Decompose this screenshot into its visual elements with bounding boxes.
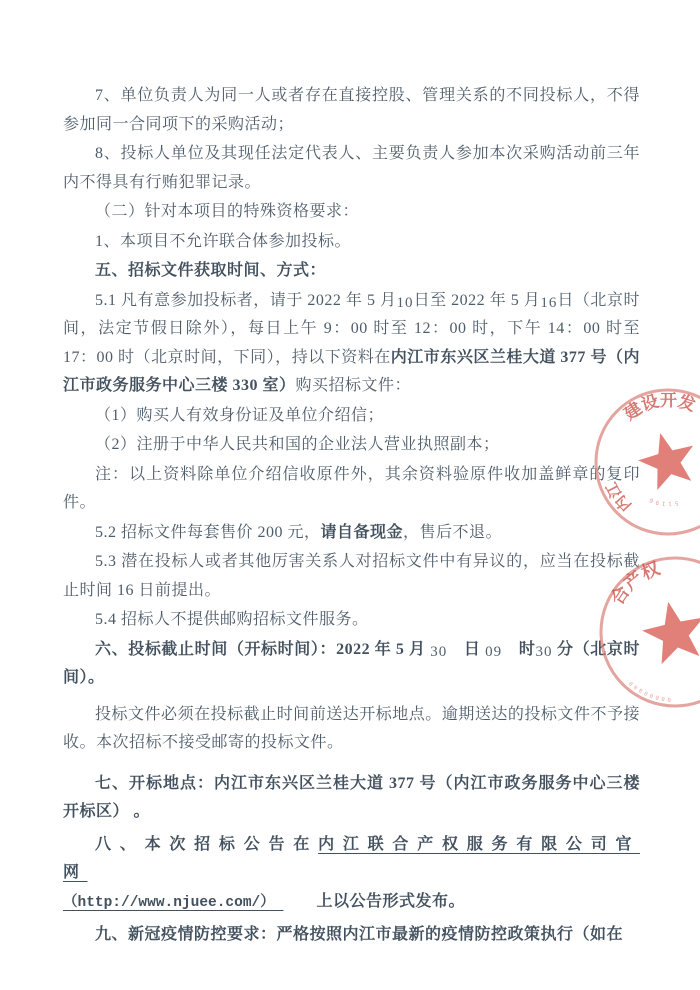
star-icon (637, 595, 700, 666)
seal-serial-number: 51190 (646, 495, 679, 507)
text-run: （1）购买人有效身份证及单位介绍信； (95, 407, 384, 424)
text-run: 六、投标截止时间（开标时间）：2022 年 5 月 (95, 641, 430, 658)
text-run: 10 (397, 295, 414, 311)
clause-7: 7、单位负责人为同一人或者存在直接控股、管理关系的不同投标人，不得参加同一合同项… (63, 82, 640, 139)
star-icon (633, 426, 700, 493)
delivery-note: 投标文件必须在投标截止时间前送达开标地点。逾期送达的投标文件不予接收。本次招标不… (63, 701, 640, 758)
clause-1: 1、本项目不允许联合体参加投标。 (63, 228, 640, 257)
text-run: 5.1 凡有意参加投标者，请于 2022 年 5 月 (95, 292, 397, 309)
text-run: 五、招标文件获取时间、方式： (95, 262, 326, 279)
clause-5-2: 5.2 招标文件每套售价 200 元，请自备现金，售后不退。 (63, 519, 640, 548)
special-qualification-heading: （二）针对本项目的特殊资格要求： (63, 198, 640, 227)
text-run: 5.4 招标人不提供邮购招标文件服务。 (95, 611, 369, 628)
construction-company-seal-stamp: 建设开发 内江 51190 (592, 386, 700, 538)
clause-5-4: 5.4 招标人不提供邮购招标文件服务。 (63, 606, 640, 635)
document-body: 7、单位负责人为同一人或者存在直接控股、管理关系的不同投标人，不得参加同一合同项… (63, 82, 640, 951)
seal-arc-text-top: 合产权 (606, 557, 664, 609)
text-run: 30 (535, 644, 552, 660)
text-run: 七、开标地点：内江市东兴区兰桂大道 377 号（内江市政务服务中心三楼开标区） … (63, 775, 640, 821)
clause-8: 8、投标人单位及其现任法定代表人、主要负责人参加本次采购活动前三年内不得具有行贿… (63, 140, 640, 197)
section-7-heading: 七、开标地点：内江市东兴区兰桂大道 377 号（内江市政务服务中心三楼开标区） … (63, 770, 640, 827)
text-run: 日至 2022 年 5 月 (414, 292, 541, 309)
text-run: 日 (447, 641, 485, 658)
text-run: 7、单位负责人为同一人或者存在直接控股、管理关系的不同投标人，不得参加同一合同项… (63, 87, 640, 133)
clause-5-3: 5.3 潜在投标人或者其他厉害关系人对招标文件中有异议的，应当在投标截止时间 1… (63, 548, 640, 605)
text-run: （2）注册于中华人民共和国的企业法人营业执照副本； (95, 436, 500, 453)
section-5-heading: 五、招标文件获取时间、方式： (63, 257, 640, 286)
text-run: 注：以上资料除单位介绍信收原件外，其余资料验原件收加盖鲜章的复印件。 (63, 466, 640, 512)
text-run: 投标文件必须在投标截止时间前送达开标地点。逾期送达的投标文件不予接收。本次招标不… (63, 706, 640, 752)
section-6-heading: 六、投标截止时间（开标时间）：2022 年 5 月 30 日 09 时30 分（… (63, 636, 640, 693)
text-run: 1、本项目不允许联合体参加投标。 (95, 233, 351, 250)
text-run: 请自备现金 (321, 524, 404, 541)
purchase-item-2: （2）注册于中华人民共和国的企业法人营业执照副本； (63, 431, 640, 460)
text-run: 时 (502, 641, 535, 658)
announcement-site-url: （http://www.njuee.com/） (63, 895, 283, 911)
property-rights-company-seal-stamp: 合产权 司 00000000 (595, 552, 700, 712)
text-run: 八、本次招标公告在 (95, 836, 318, 853)
text-run: 09 (485, 644, 502, 660)
text-run: 购买招标文件： (296, 377, 412, 394)
text-run: 5.3 潜在投标人或者其他厉害关系人对招标文件中有异议的，应当在投标截止时间 1… (63, 553, 640, 599)
clause-5-1: 5.1 凡有意参加投标者，请于 2022 年 5 月10日至 2022 年 5 … (63, 287, 640, 401)
section-8-heading: 八、本次招标公告在内江联合产权服务有限公司官网 （http://www.njue… (63, 831, 640, 918)
seal-serial-number: 00000000 (626, 678, 671, 702)
purchase-item-1: （1）购买人有效身份证及单位介绍信； (63, 402, 640, 431)
text-run: 30 (430, 644, 447, 660)
text-run: 8、投标人单位及其现任法定代表人、主要负责人参加本次采购活动前三年内不得具有行贿… (63, 145, 640, 191)
text-run: ，售后不退。 (403, 524, 502, 541)
seal-arc-text-left: 内江 (603, 478, 635, 514)
section-9-heading: 九、新冠疫情防控要求：严格按照内江市最新的疫情防控政策执行（如在 (63, 921, 640, 950)
document-page: 7、单位负责人为同一人或者存在直接控股、管理关系的不同投标人，不得参加同一合同项… (0, 0, 700, 990)
text-run: 上以公告形式发布。 (283, 893, 465, 910)
text-run: 九、新冠疫情防控要求：严格按照内江市最新的疫情防控政策执行（如在 (95, 926, 623, 943)
seal-arc-text-top: 建设开发 (620, 391, 698, 424)
purchase-note: 注：以上资料除单位介绍信收原件外，其余资料验原件收加盖鲜章的复印件。 (63, 461, 640, 518)
text-run: 5.2 招标文件每套售价 200 元， (95, 524, 321, 541)
text-run: （二）针对本项目的特殊资格要求： (95, 203, 359, 220)
text-run: 16 (540, 295, 557, 311)
